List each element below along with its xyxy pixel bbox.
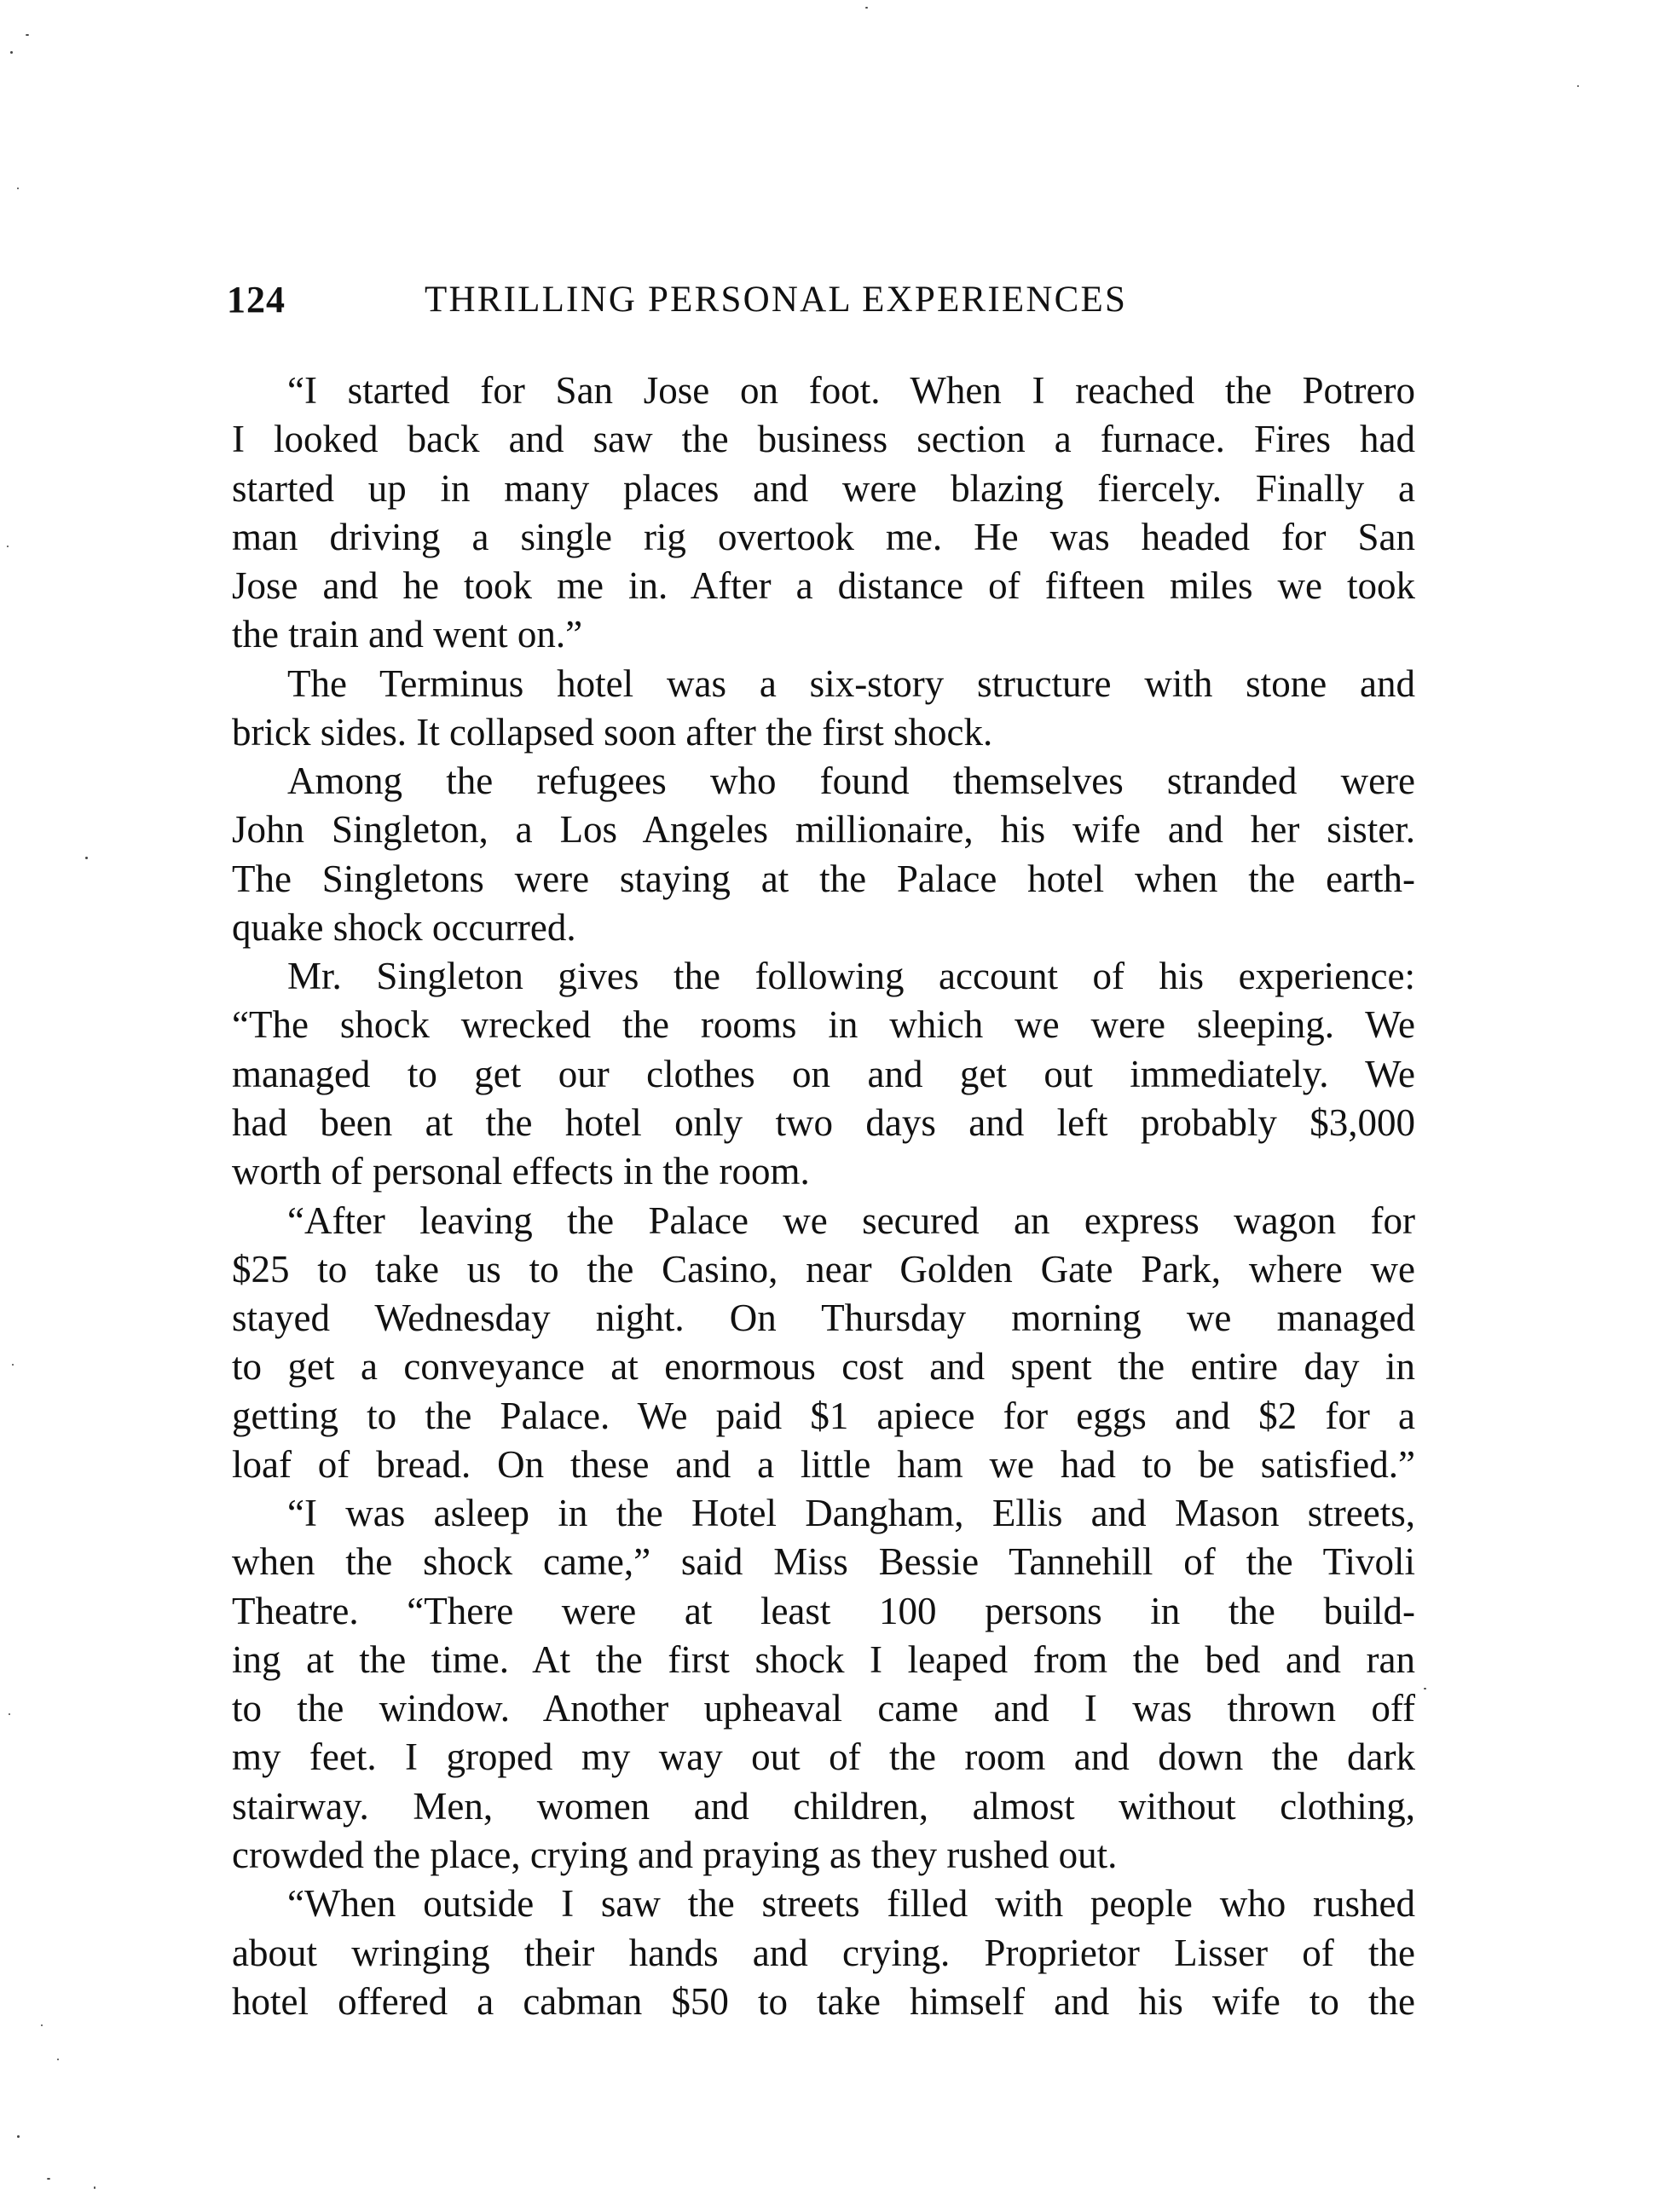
text-line: getting to the Palace. We paid $1 apiece… xyxy=(232,1392,1415,1441)
text-line: Theatre. “There were at least 100 person… xyxy=(232,1587,1415,1636)
page-number: 124 xyxy=(227,274,286,326)
speck xyxy=(7,546,9,547)
speck xyxy=(12,1364,14,1366)
running-title: THRILLING PERSONAL EXPERIENCES xyxy=(425,274,1127,326)
text-line: Among the refugees who found themselves … xyxy=(232,757,1415,806)
speck xyxy=(26,34,29,36)
text-line: The Singletons were staying at the Palac… xyxy=(232,855,1415,904)
text-line: managed to get our clothes on and get ou… xyxy=(232,1050,1415,1099)
text-line: “The shock wrecked the rooms in which we… xyxy=(232,1001,1415,1049)
text-line: worth of personal effects in the room. xyxy=(232,1147,1415,1196)
body-text: “I started for San Jose on foot. When I … xyxy=(232,367,1415,2026)
text-line: I looked back and saw the business secti… xyxy=(232,415,1415,464)
paragraph: Among the refugees who found themselves … xyxy=(232,757,1415,952)
text-line: “I was asleep in the Hotel Dangham, Elli… xyxy=(232,1489,1415,1538)
text-line: my feet. I groped my way out of the room… xyxy=(232,1733,1415,1782)
text-line: started up in many places and were blazi… xyxy=(232,465,1415,513)
speck xyxy=(1577,85,1579,87)
text-line: hotel offered a cabman $50 to take himse… xyxy=(232,1978,1415,2026)
speck xyxy=(47,2178,50,2180)
speck xyxy=(17,188,19,189)
text-line: to the window. Another upheaval came and… xyxy=(232,1684,1415,1733)
paragraph: “I started for San Jose on foot. When I … xyxy=(232,367,1415,660)
speck xyxy=(17,2135,20,2138)
paragraph: “I was asleep in the Hotel Dangham, Elli… xyxy=(232,1489,1415,1880)
speck xyxy=(41,2024,43,2026)
paragraph: “After leaving the Palace we secured an … xyxy=(232,1197,1415,1490)
speck xyxy=(85,857,88,859)
paragraph: Mr. Singleton gives the following accoun… xyxy=(232,952,1415,1196)
text-line: loaf of bread. On these and a little ham… xyxy=(232,1441,1415,1489)
running-head: 124 THRILLING PERSONAL EXPERIENCES xyxy=(227,274,1420,326)
paragraph: “When outside I saw the streets filled w… xyxy=(232,1880,1415,2026)
speck xyxy=(10,51,13,54)
text-line: the train and went on.” xyxy=(232,610,1415,659)
text-line: stairway. Men, women and children, almos… xyxy=(232,1782,1415,1831)
speck xyxy=(9,1713,10,1715)
paragraph: The Terminus hotel was a six-story struc… xyxy=(232,660,1415,758)
speck xyxy=(865,7,868,9)
text-line: $25 to take us to the Casino, near Golde… xyxy=(232,1245,1415,1294)
text-line: Mr. Singleton gives the following accoun… xyxy=(232,952,1415,1001)
text-line: Jose and he took me in. After a distance… xyxy=(232,562,1415,610)
speck xyxy=(57,2059,59,2060)
speck xyxy=(1424,1688,1426,1689)
text-line: brick sides. It collapsed soon after the… xyxy=(232,708,1415,757)
speck xyxy=(94,2186,95,2189)
text-line: had been at the hotel only two days and … xyxy=(232,1099,1415,1147)
text-line: “After leaving the Palace we secured an … xyxy=(232,1197,1415,1245)
text-line: man driving a single rig overtook me. He… xyxy=(232,513,1415,562)
text-line: “When outside I saw the streets filled w… xyxy=(232,1880,1415,1928)
text-line: about wringing their hands and crying. P… xyxy=(232,1929,1415,1978)
text-line: The Terminus hotel was a six-story struc… xyxy=(232,660,1415,708)
text-line: ing at the time. At the first shock I le… xyxy=(232,1636,1415,1684)
text-line: when the shock came,” said Miss Bessie T… xyxy=(232,1538,1415,1586)
book-page: 124 THRILLING PERSONAL EXPERIENCES “I st… xyxy=(0,0,1665,2212)
text-line: John Singleton, a Los Angeles millionair… xyxy=(232,806,1415,854)
text-line: stayed Wednesday night. On Thursday morn… xyxy=(232,1294,1415,1343)
text-line: “I started for San Jose on foot. When I … xyxy=(232,367,1415,415)
text-line: quake shock occurred. xyxy=(232,904,1415,952)
text-line: crowded the place, crying and praying as… xyxy=(232,1831,1415,1880)
text-line: to get a conveyance at enormous cost and… xyxy=(232,1343,1415,1391)
